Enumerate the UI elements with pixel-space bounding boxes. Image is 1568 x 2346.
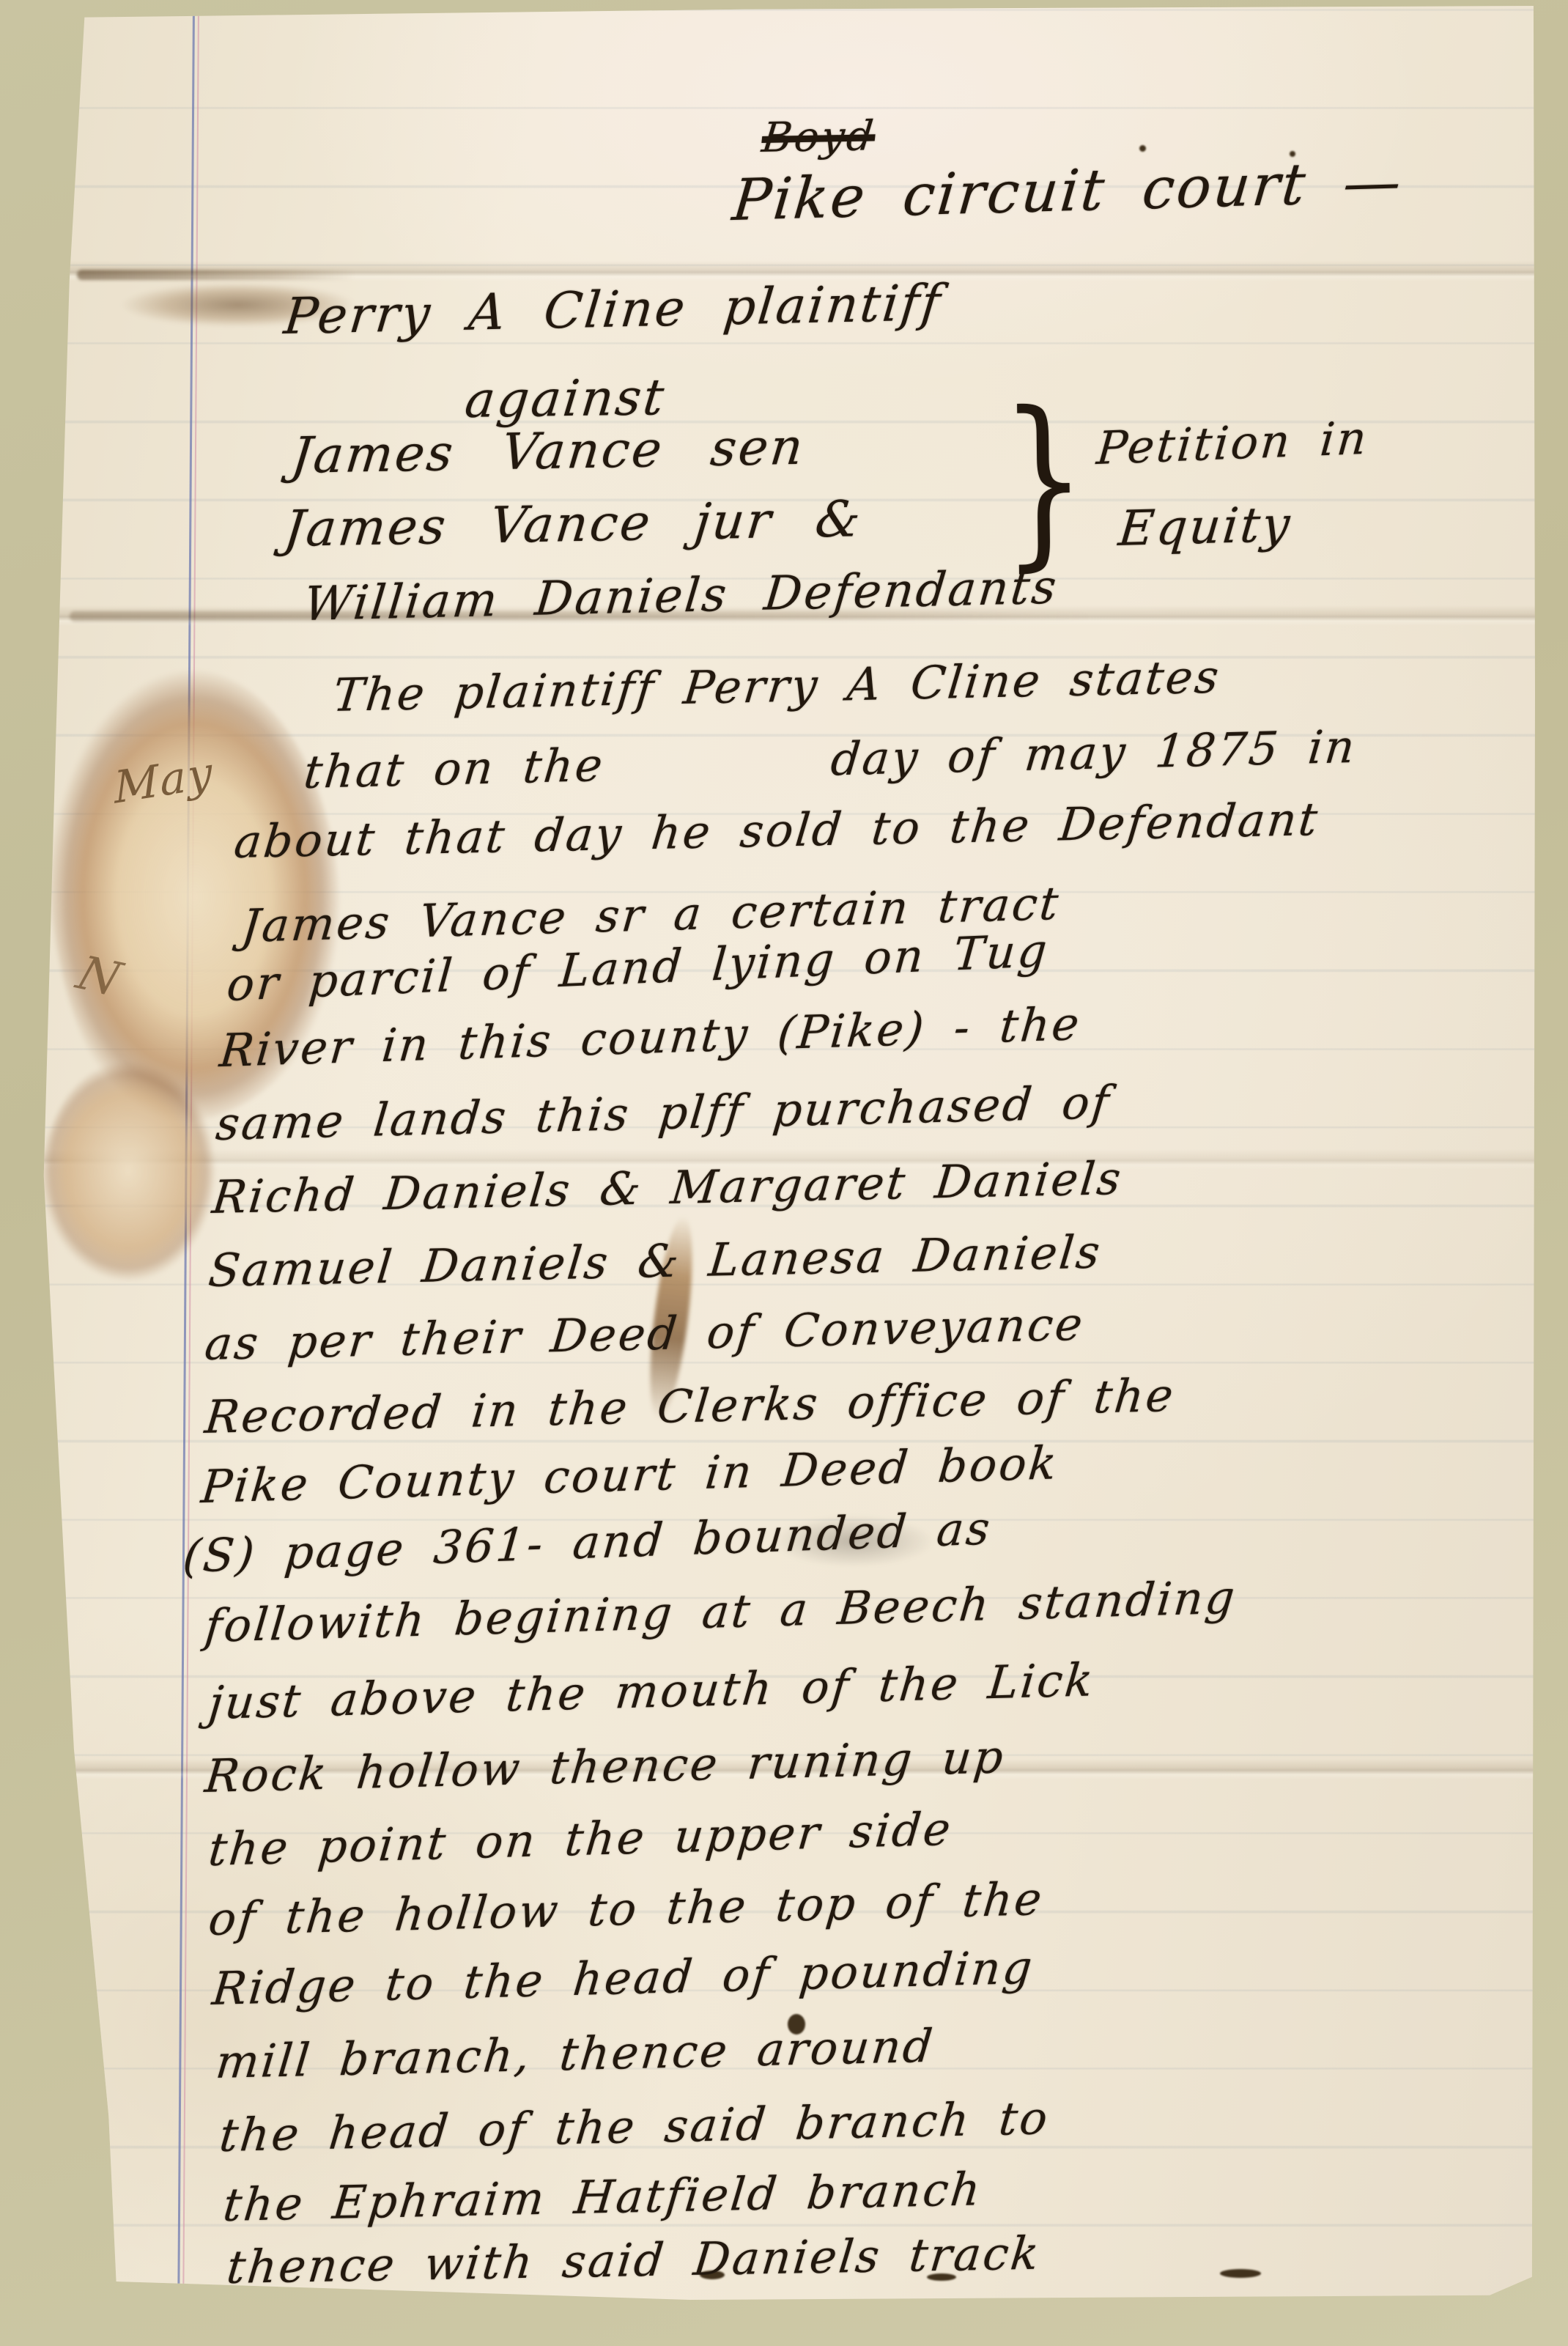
case-type-line-1: Petition in bbox=[1095, 413, 1370, 474]
caption-versus: against bbox=[462, 371, 669, 429]
crossed-out-word: Boyd bbox=[760, 114, 878, 161]
caption-defendant-2: James Vance jur & bbox=[281, 493, 865, 558]
ink-dot-1 bbox=[1139, 145, 1146, 152]
photo-scene: Boyd Pike circuit court — Perry A Cline … bbox=[0, 0, 1568, 2346]
caption-brace: } bbox=[1000, 377, 1087, 583]
caption-defendant-1: James Vance sen bbox=[289, 421, 807, 484]
case-type-line-2: Equity bbox=[1116, 498, 1294, 556]
edge-speck-1 bbox=[26, 2262, 73, 2273]
edge-speck-4 bbox=[1220, 2269, 1261, 2278]
fold-shadow-left bbox=[77, 270, 355, 280]
document-page: Boyd Pike circuit court — Perry A Cline … bbox=[26, 6, 1535, 2300]
